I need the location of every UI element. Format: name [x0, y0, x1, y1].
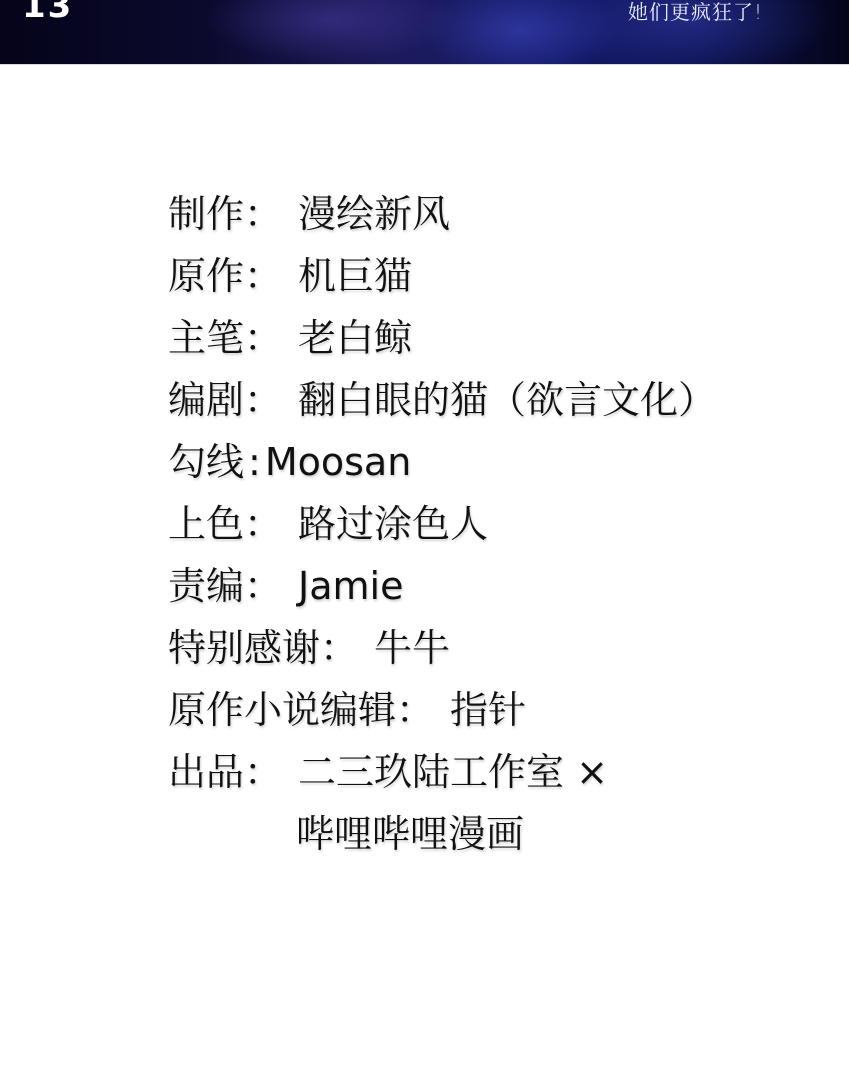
credit-separator: :: [248, 436, 261, 488]
credit-role: 特别感谢: [168, 622, 320, 674]
credit-name: Jamie: [298, 560, 403, 612]
chapter-banner-image: 13 她们更疯狂了!: [0, 0, 849, 65]
credit-name: 路过涂色人: [298, 498, 488, 550]
credit-line-original-author: 原作：机巨猫: [168, 250, 716, 312]
credit-producer-continuation: 哔哩哔哩漫画: [168, 808, 716, 870]
credit-separator: ：: [320, 622, 358, 674]
credit-line-screenwriter: 编剧：翻白眼的猫（欲言文化）: [168, 374, 716, 436]
credit-name: 机巨猫: [298, 250, 412, 302]
credit-name: Moosan: [265, 436, 411, 488]
credits-list: 制作：漫绘新风 原作：机巨猫 主笔：老白鲸 编剧：翻白眼的猫（欲言文化） 勾线:…: [168, 188, 716, 870]
credit-name: 二三玖陆工作室 ×: [298, 746, 608, 798]
credit-separator: ：: [244, 498, 282, 550]
credit-line-special-thanks: 特别感谢：牛牛: [168, 622, 716, 684]
credit-separator: ：: [244, 746, 282, 798]
credit-role: 上色: [168, 498, 244, 550]
credit-role: 编剧: [168, 374, 244, 426]
credit-line-production: 制作：漫绘新风: [168, 188, 716, 250]
credit-role: 勾线: [168, 436, 244, 488]
credit-name: 指针: [450, 684, 526, 736]
credit-line-editor: 责编：Jamie: [168, 560, 716, 622]
credit-role: 责编: [168, 560, 244, 612]
credit-separator: ：: [396, 684, 434, 736]
credit-line-line-art: 勾线:Moosan: [168, 436, 716, 498]
credit-role: 原作: [168, 250, 244, 302]
credit-role: 出品: [168, 746, 244, 798]
credit-name: 翻白眼的猫（欲言文化）: [298, 374, 716, 426]
credit-name: 老白鲸: [298, 312, 412, 364]
credit-separator: ：: [244, 560, 282, 612]
credit-line-coloring: 上色：路过涂色人: [168, 498, 716, 560]
credit-role: 制作: [168, 188, 244, 240]
banner-caption: 她们更疯狂了!: [628, 0, 763, 25]
chapter-number-glyph: 13: [22, 0, 73, 26]
credit-separator: ：: [244, 188, 282, 240]
credit-line-lead-artist: 主笔：老白鲸: [168, 312, 716, 374]
credit-role: 原作小说编辑: [168, 684, 396, 736]
credit-name: 牛牛: [374, 622, 450, 674]
credit-separator: ：: [244, 250, 282, 302]
credit-line-novel-editor: 原作小说编辑：指针: [168, 684, 716, 746]
credit-role: 主笔: [168, 312, 244, 364]
credit-separator: ：: [244, 312, 282, 364]
credit-line-producer: 出品：二三玖陆工作室 ×: [168, 746, 716, 808]
credit-separator: ：: [244, 374, 282, 426]
credit-name: 漫绘新风: [298, 188, 450, 240]
